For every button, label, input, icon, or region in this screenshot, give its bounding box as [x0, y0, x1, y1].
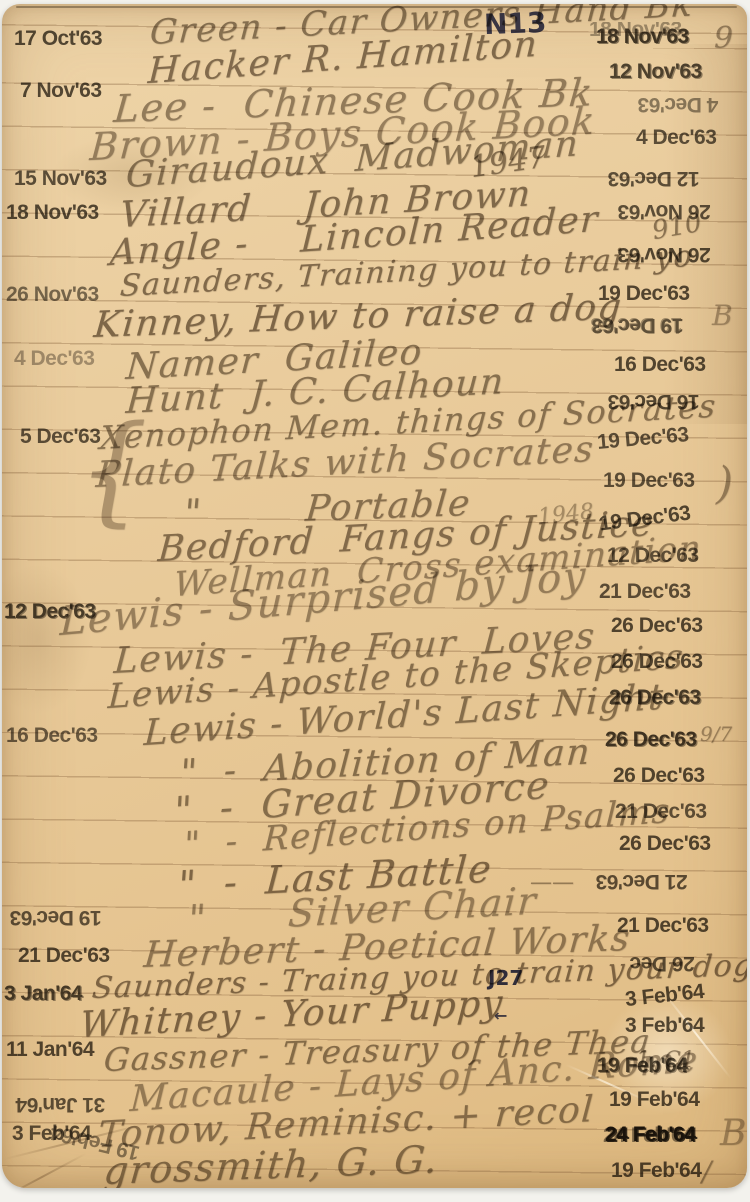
date-stamp: 12 Dec'63: [607, 545, 699, 566]
date-stamp: 26 Nov'63: [618, 244, 711, 265]
date-stamp: 26 Dec: [630, 953, 695, 974]
date-stamp: 19 Dec'63: [598, 283, 690, 304]
date-stamp: 26 Nov'63: [6, 284, 99, 305]
library-card: Green - Car Owners Hand BkHacker R. Hami…: [2, 4, 747, 1188]
date-stamp: 12 Dec'63: [4, 601, 96, 622]
date-stamp: 26 Dec'63: [613, 765, 705, 786]
date-stamp: 4 Dec'63: [636, 127, 716, 148]
date-stamp: 18 Nov'63: [6, 202, 99, 223]
pencil-notation: ): [716, 462, 733, 506]
date-stamp: 19 Feb'64: [609, 1089, 699, 1110]
date-stamp: 26 Dec'63: [619, 833, 711, 854]
date-stamp: 24 Feb'64: [605, 1124, 695, 1145]
date-stamp: 11 Jan'64: [6, 1039, 94, 1060]
pencil-notation: 9/7: [700, 724, 732, 744]
date-stamp: 3 Jan'64: [4, 983, 82, 1004]
ink-notation: ←: [494, 1008, 507, 1024]
pencil-notation: {: [78, 410, 148, 529]
pencil-notation: 1948: [537, 501, 595, 529]
date-stamp: 12 Dec'63: [608, 168, 700, 189]
date-stamp: 4 Dec'63: [638, 94, 718, 115]
date-stamp: 4 Dec'63: [14, 348, 94, 369]
date-stamp: 31 Jan'64: [16, 1094, 105, 1115]
date-stamp: 19 Dec'63: [603, 470, 695, 491]
pencil-notation: /: [702, 1158, 711, 1186]
date-stamp: 21 Dec'63: [599, 581, 691, 602]
scanned-page-background: Green - Car Owners Hand BkHacker R. Hami…: [0, 0, 750, 1202]
date-stamp: 16 Dec'63: [6, 725, 98, 746]
date-stamp: 19 Dec'63: [592, 315, 684, 336]
date-stamp: 21 Dec'63: [596, 871, 688, 892]
date-stamp: 21 Dec'63: [617, 915, 709, 936]
ink-notation: N13: [484, 9, 547, 39]
ink-notation: J27: [488, 968, 523, 988]
pencil-notation: 1. C1: [636, 1050, 695, 1072]
date-stamp: 26 Dec'63: [611, 651, 703, 672]
pencil-notation: B: [720, 1116, 746, 1152]
date-stamp: 21 Dec'63: [615, 801, 707, 822]
pencil-notation: B: [712, 302, 733, 330]
date-stamp: 15 Nov'63: [14, 168, 107, 189]
date-stamp: 16 Dec'63: [608, 391, 700, 412]
pencil-notation: ——: [530, 872, 574, 894]
date-stamp: 18 Nov'63: [596, 26, 689, 47]
date-stamp: 26 Dec'63: [611, 615, 703, 636]
date-stamp: 21 Dec'63: [18, 945, 110, 966]
handwritten-entry: grossmith, G. G.: [102, 1140, 440, 1188]
date-stamp: 19 Dec'63: [10, 907, 102, 928]
pencil-notation: 9: [714, 24, 733, 54]
date-stamp: 12 Nov'63: [609, 61, 702, 82]
date-stamp: 26 Dec'63: [609, 687, 701, 708]
date-stamp: 7 Nov'63: [20, 80, 102, 101]
date-stamp: 16 Dec'63: [614, 354, 706, 375]
date-stamp: 3 Feb'64: [625, 1015, 704, 1036]
date-stamp: 26 Dec'63: [605, 729, 697, 750]
date-stamp: 17 Oct'63: [14, 28, 102, 49]
date-stamp: 19 Feb'64: [611, 1160, 701, 1181]
